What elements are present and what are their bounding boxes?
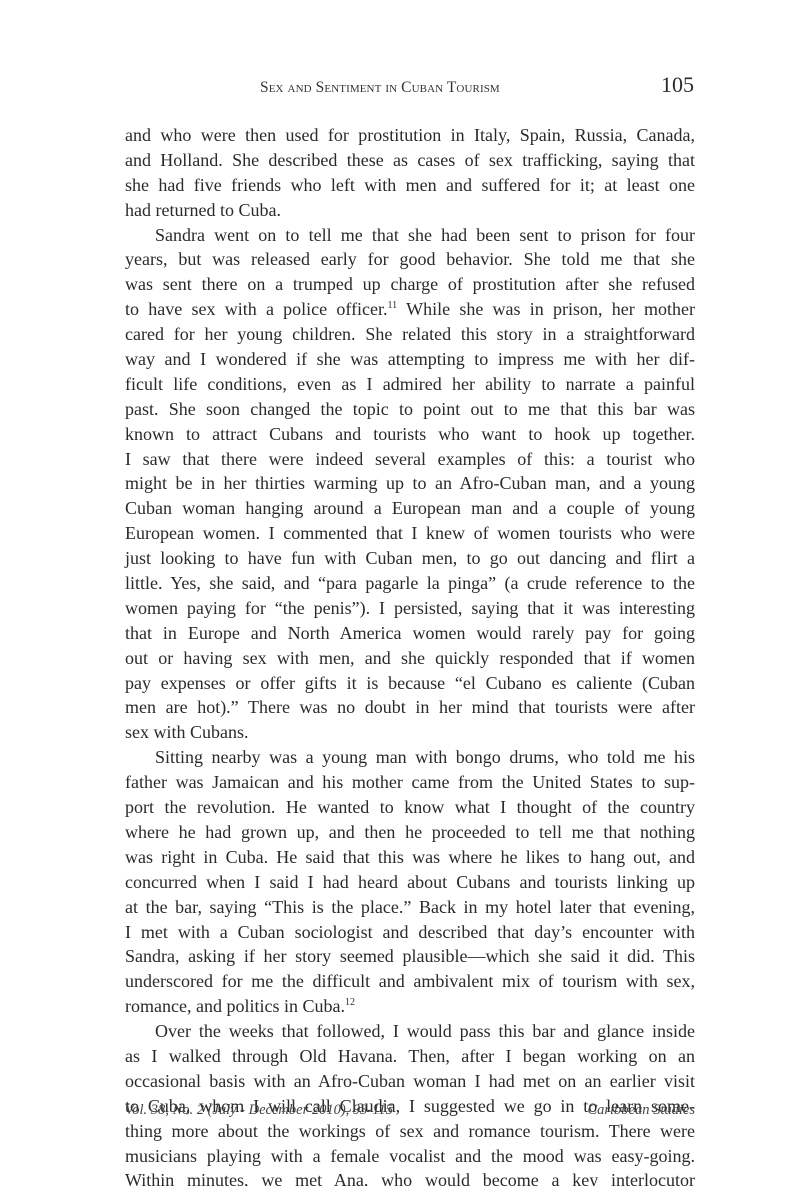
text-line: where he had grown up, and then he proce… xyxy=(125,820,695,845)
text-line: pay expenses or offer gifts it is becaus… xyxy=(125,671,695,696)
text-line: Within minutes, we met Ana, who would be… xyxy=(125,1168,695,1186)
text-line: was sent there on a trumped up charge of… xyxy=(125,272,695,297)
footnote-marker[interactable]: 12 xyxy=(345,997,355,1008)
footnote-marker[interactable]: 11 xyxy=(388,300,398,311)
text-line: as I walked through Old Havana. Then, af… xyxy=(125,1044,695,1069)
text-line: Sandra, asking if her story seemed plaus… xyxy=(125,944,695,969)
text-line: to have sex with a police officer.11 Whi… xyxy=(125,297,695,322)
text-line: sex with Cubans. xyxy=(125,720,695,745)
text-line: way and I wondered if she was attempting… xyxy=(125,347,695,372)
text-line: that in Europe and North America women w… xyxy=(125,621,695,646)
running-head: Sex and Sentiment in Cuban Tourism 105 xyxy=(96,72,694,102)
text-line: and Holland. She described these as case… xyxy=(125,148,695,173)
journal-name: Caribbean Studies xyxy=(587,1102,695,1119)
text-line: Sandra went on to tell me that she had b… xyxy=(125,223,695,248)
text-line: musicians playing with a female vocalist… xyxy=(125,1144,695,1169)
body-text: and who were then used for prostitution … xyxy=(125,123,695,1186)
text-line: port the revolution. He wanted to know w… xyxy=(125,795,695,820)
text-line: father was Jamaican and his mother came … xyxy=(125,770,695,795)
text-line: women paying for “the penis”). I persist… xyxy=(125,596,695,621)
text-line: thing more about the workings of sex and… xyxy=(125,1119,695,1144)
text-line: occasional basis with an Afro-Cuban woma… xyxy=(125,1069,695,1094)
text-line: years, but was released early for good b… xyxy=(125,247,695,272)
text-line: European women. I commented that I knew … xyxy=(125,521,695,546)
text-line: I saw that there were indeed several exa… xyxy=(125,447,695,472)
text-line: Sitting nearby was a young man with bong… xyxy=(125,745,695,770)
text-line: she had five friends who left with men a… xyxy=(125,173,695,198)
text-line: little. Yes, she said, and “para pagarle… xyxy=(125,571,695,596)
text-line: had returned to Cuba. xyxy=(125,198,695,223)
text-line: Cuban woman hanging around a European ma… xyxy=(125,496,695,521)
text-line: ficult life conditions, even as I admire… xyxy=(125,372,695,397)
line-text: romance, and politics in Cuba. xyxy=(125,996,345,1016)
running-title: Sex and Sentiment in Cuban Tourism xyxy=(260,79,500,97)
text-line: out or having sex with men, and she quic… xyxy=(125,646,695,671)
page-number: 105 xyxy=(661,72,694,98)
text-line: just looking to have fun with Cuban men,… xyxy=(125,546,695,571)
text-line: was right in Cuba. He said that this was… xyxy=(125,845,695,870)
journal-citation: Vol. 38, No. 2 (July - December 2010), 9… xyxy=(125,1102,393,1119)
text-line: known to attract Cubans and tourists who… xyxy=(125,422,695,447)
text-line: Over the weeks that followed, I would pa… xyxy=(125,1019,695,1044)
line-text: While she was in prison, her mother xyxy=(397,299,695,319)
text-line: might be in her thirties warming up to a… xyxy=(125,471,695,496)
text-line: and who were then used for prostitution … xyxy=(125,123,695,148)
text-line: men are hot).” There was no doubt in her… xyxy=(125,695,695,720)
journal-page: Sex and Sentiment in Cuban Tourism 105 a… xyxy=(0,0,790,1186)
text-line: romance, and politics in Cuba.12 xyxy=(125,994,695,1019)
text-line: cared for her young children. She relate… xyxy=(125,322,695,347)
text-line: I met with a Cuban sociologist and descr… xyxy=(125,920,695,945)
line-text: to have sex with a police officer. xyxy=(125,299,388,319)
text-line: underscored for me the difficult and amb… xyxy=(125,969,695,994)
text-line: at the bar, saying “This is the place.” … xyxy=(125,895,695,920)
text-line: past. She soon changed the topic to poin… xyxy=(125,397,695,422)
text-line: concurred when I said I had heard about … xyxy=(125,870,695,895)
